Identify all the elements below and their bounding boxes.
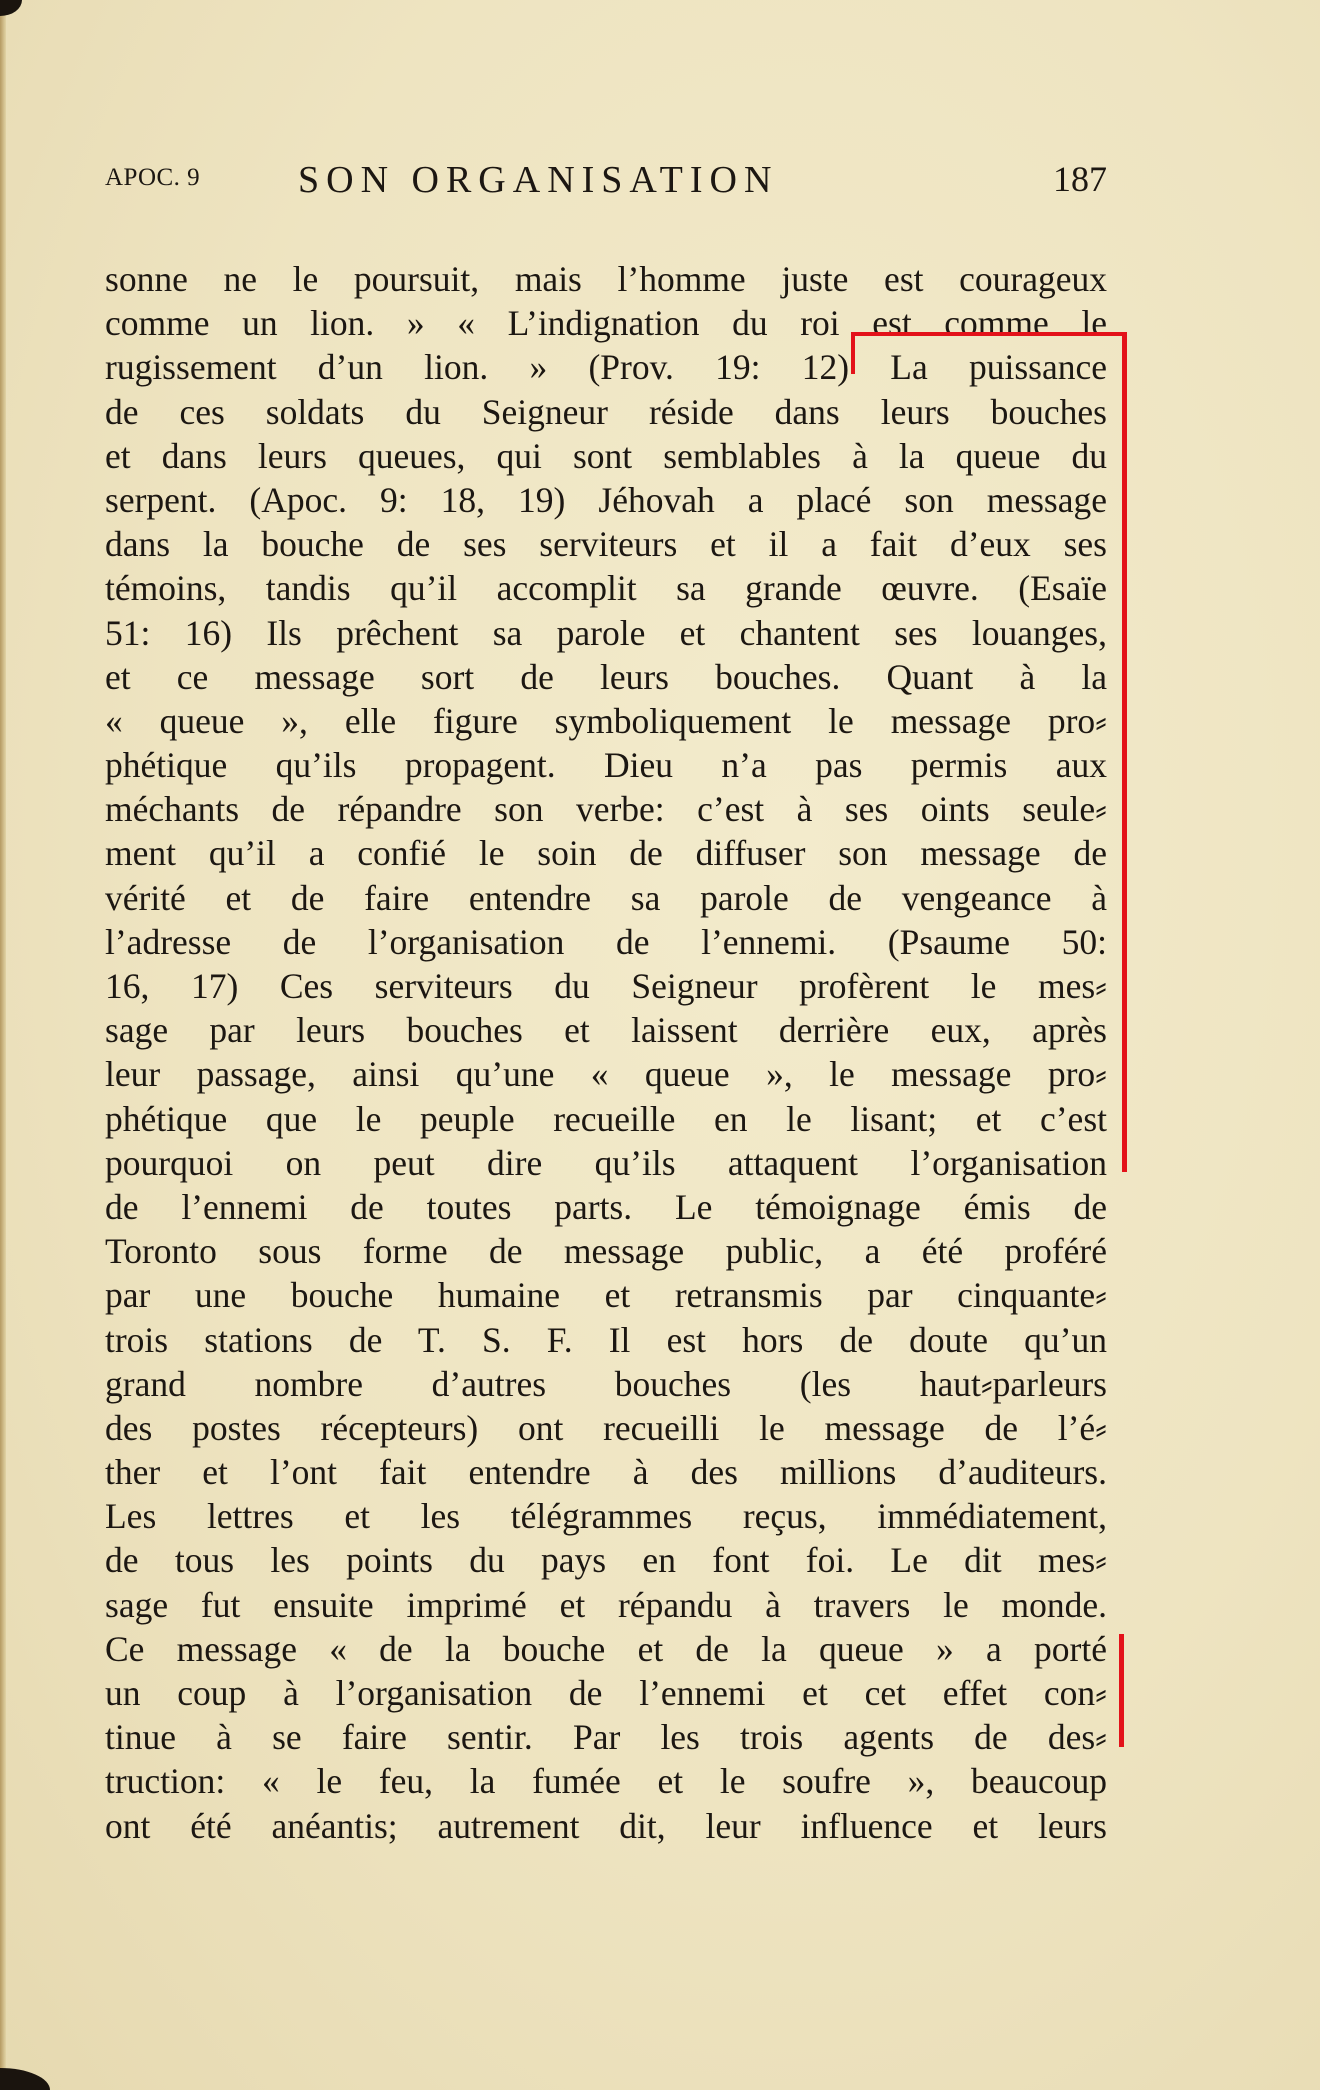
text-line: sage par leurs bouches et laissent derri… xyxy=(105,1008,1107,1052)
chapter-reference: APOC. 9 xyxy=(105,164,200,192)
body-text: sonne ne le poursuit, mais l’homme juste… xyxy=(105,257,1107,1848)
text-line: tinue à se faire sentir. Par les trois a… xyxy=(105,1715,1107,1759)
text-line: l’adresse de l’organisation de l’ennemi.… xyxy=(105,920,1107,964)
text-line: ther et l’ont fait entendre à des millio… xyxy=(105,1450,1107,1494)
text-line: des postes récepteurs) ont recueilli le … xyxy=(105,1406,1107,1450)
scan-corner-shadow-bottom xyxy=(0,2068,50,2090)
text-line: par une bouche humaine et retransmis par… xyxy=(105,1273,1107,1317)
text-line: Les lettres et les télégrammes reçus, im… xyxy=(105,1494,1107,1538)
page-title: SON ORGANISATION xyxy=(298,158,778,202)
text-line: témoins, tandis qu’il accomplit sa grand… xyxy=(105,566,1107,610)
highlight-bracket-left-tick xyxy=(851,332,855,374)
book-page: APOC. 9 SON ORGANISATION 187 sonne ne le… xyxy=(0,0,1320,2090)
text-line: de l’ennemi de toutes parts. Le témoigna… xyxy=(105,1185,1107,1229)
text-line: et ce message sort de leurs bouches. Qua… xyxy=(105,655,1107,699)
running-head: APOC. 9 SON ORGANISATION 187 xyxy=(105,158,1107,202)
text-line: grand nombre d’autres bouches (les haut⸗… xyxy=(105,1362,1107,1406)
text-line: comme un lion. » « L’indignation du roi … xyxy=(105,301,1107,345)
text-line: 51: 16) Ils prêchent sa parole et chante… xyxy=(105,611,1107,655)
text-line: dans la bouche de ses serviteurs et il a… xyxy=(105,522,1107,566)
text-line: phétique que le peuple recueille en le l… xyxy=(105,1097,1107,1141)
highlight-bracket-top xyxy=(851,332,1127,336)
text-line: pourquoi on peut dire qu’ils attaquent l… xyxy=(105,1141,1107,1185)
text-line: Toronto sous forme de message public, a … xyxy=(105,1229,1107,1273)
text-line: truction: « le feu, la fumée et le soufr… xyxy=(105,1759,1107,1803)
text-line: ment qu’il a confié le soin de diffuser … xyxy=(105,831,1107,875)
text-line: vérité et de faire entendre sa parole de… xyxy=(105,876,1107,920)
text-line: 16, 17) Ces serviteurs du Seigneur profè… xyxy=(105,964,1107,1008)
binding-edge xyxy=(0,0,6,2090)
text-line: leur passage, ainsi qu’une « queue », le… xyxy=(105,1052,1107,1096)
text-line: et dans leurs queues, qui sont semblable… xyxy=(105,434,1107,478)
highlight-margin-line xyxy=(1119,1634,1124,1747)
text-line: phétique qu’ils propagent. Dieu n’a pas … xyxy=(105,743,1107,787)
text-line: trois stations de T. S. F. Il est hors d… xyxy=(105,1318,1107,1362)
text-line: sage fut ensuite imprimé et répandu à tr… xyxy=(105,1583,1107,1627)
text-line: ont été anéantis; autrement dit, leur in… xyxy=(105,1804,1107,1848)
text-line: méchants de répandre son verbe: c’est à … xyxy=(105,787,1107,831)
scan-corner-shadow-top xyxy=(0,0,22,16)
text-line: de ces soldats du Seigneur réside dans l… xyxy=(105,390,1107,434)
text-line: rugissement d’un lion. » (Prov. 19: 12) … xyxy=(105,345,1107,389)
text-line: serpent. (Apoc. 9: 18, 19) Jéhovah a pla… xyxy=(105,478,1107,522)
text-line: sonne ne le poursuit, mais l’homme juste… xyxy=(105,257,1107,301)
text-line: « queue », elle figure symboliquement le… xyxy=(105,699,1107,743)
text-line: Ce message « de la bouche et de la queue… xyxy=(105,1627,1107,1671)
highlight-bracket-right-line xyxy=(1122,332,1127,1172)
text-line: un coup à l’organisation de l’ennemi et … xyxy=(105,1671,1107,1715)
text-line: de tous les points du pays en font foi. … xyxy=(105,1538,1107,1582)
page-number: 187 xyxy=(1053,158,1107,200)
